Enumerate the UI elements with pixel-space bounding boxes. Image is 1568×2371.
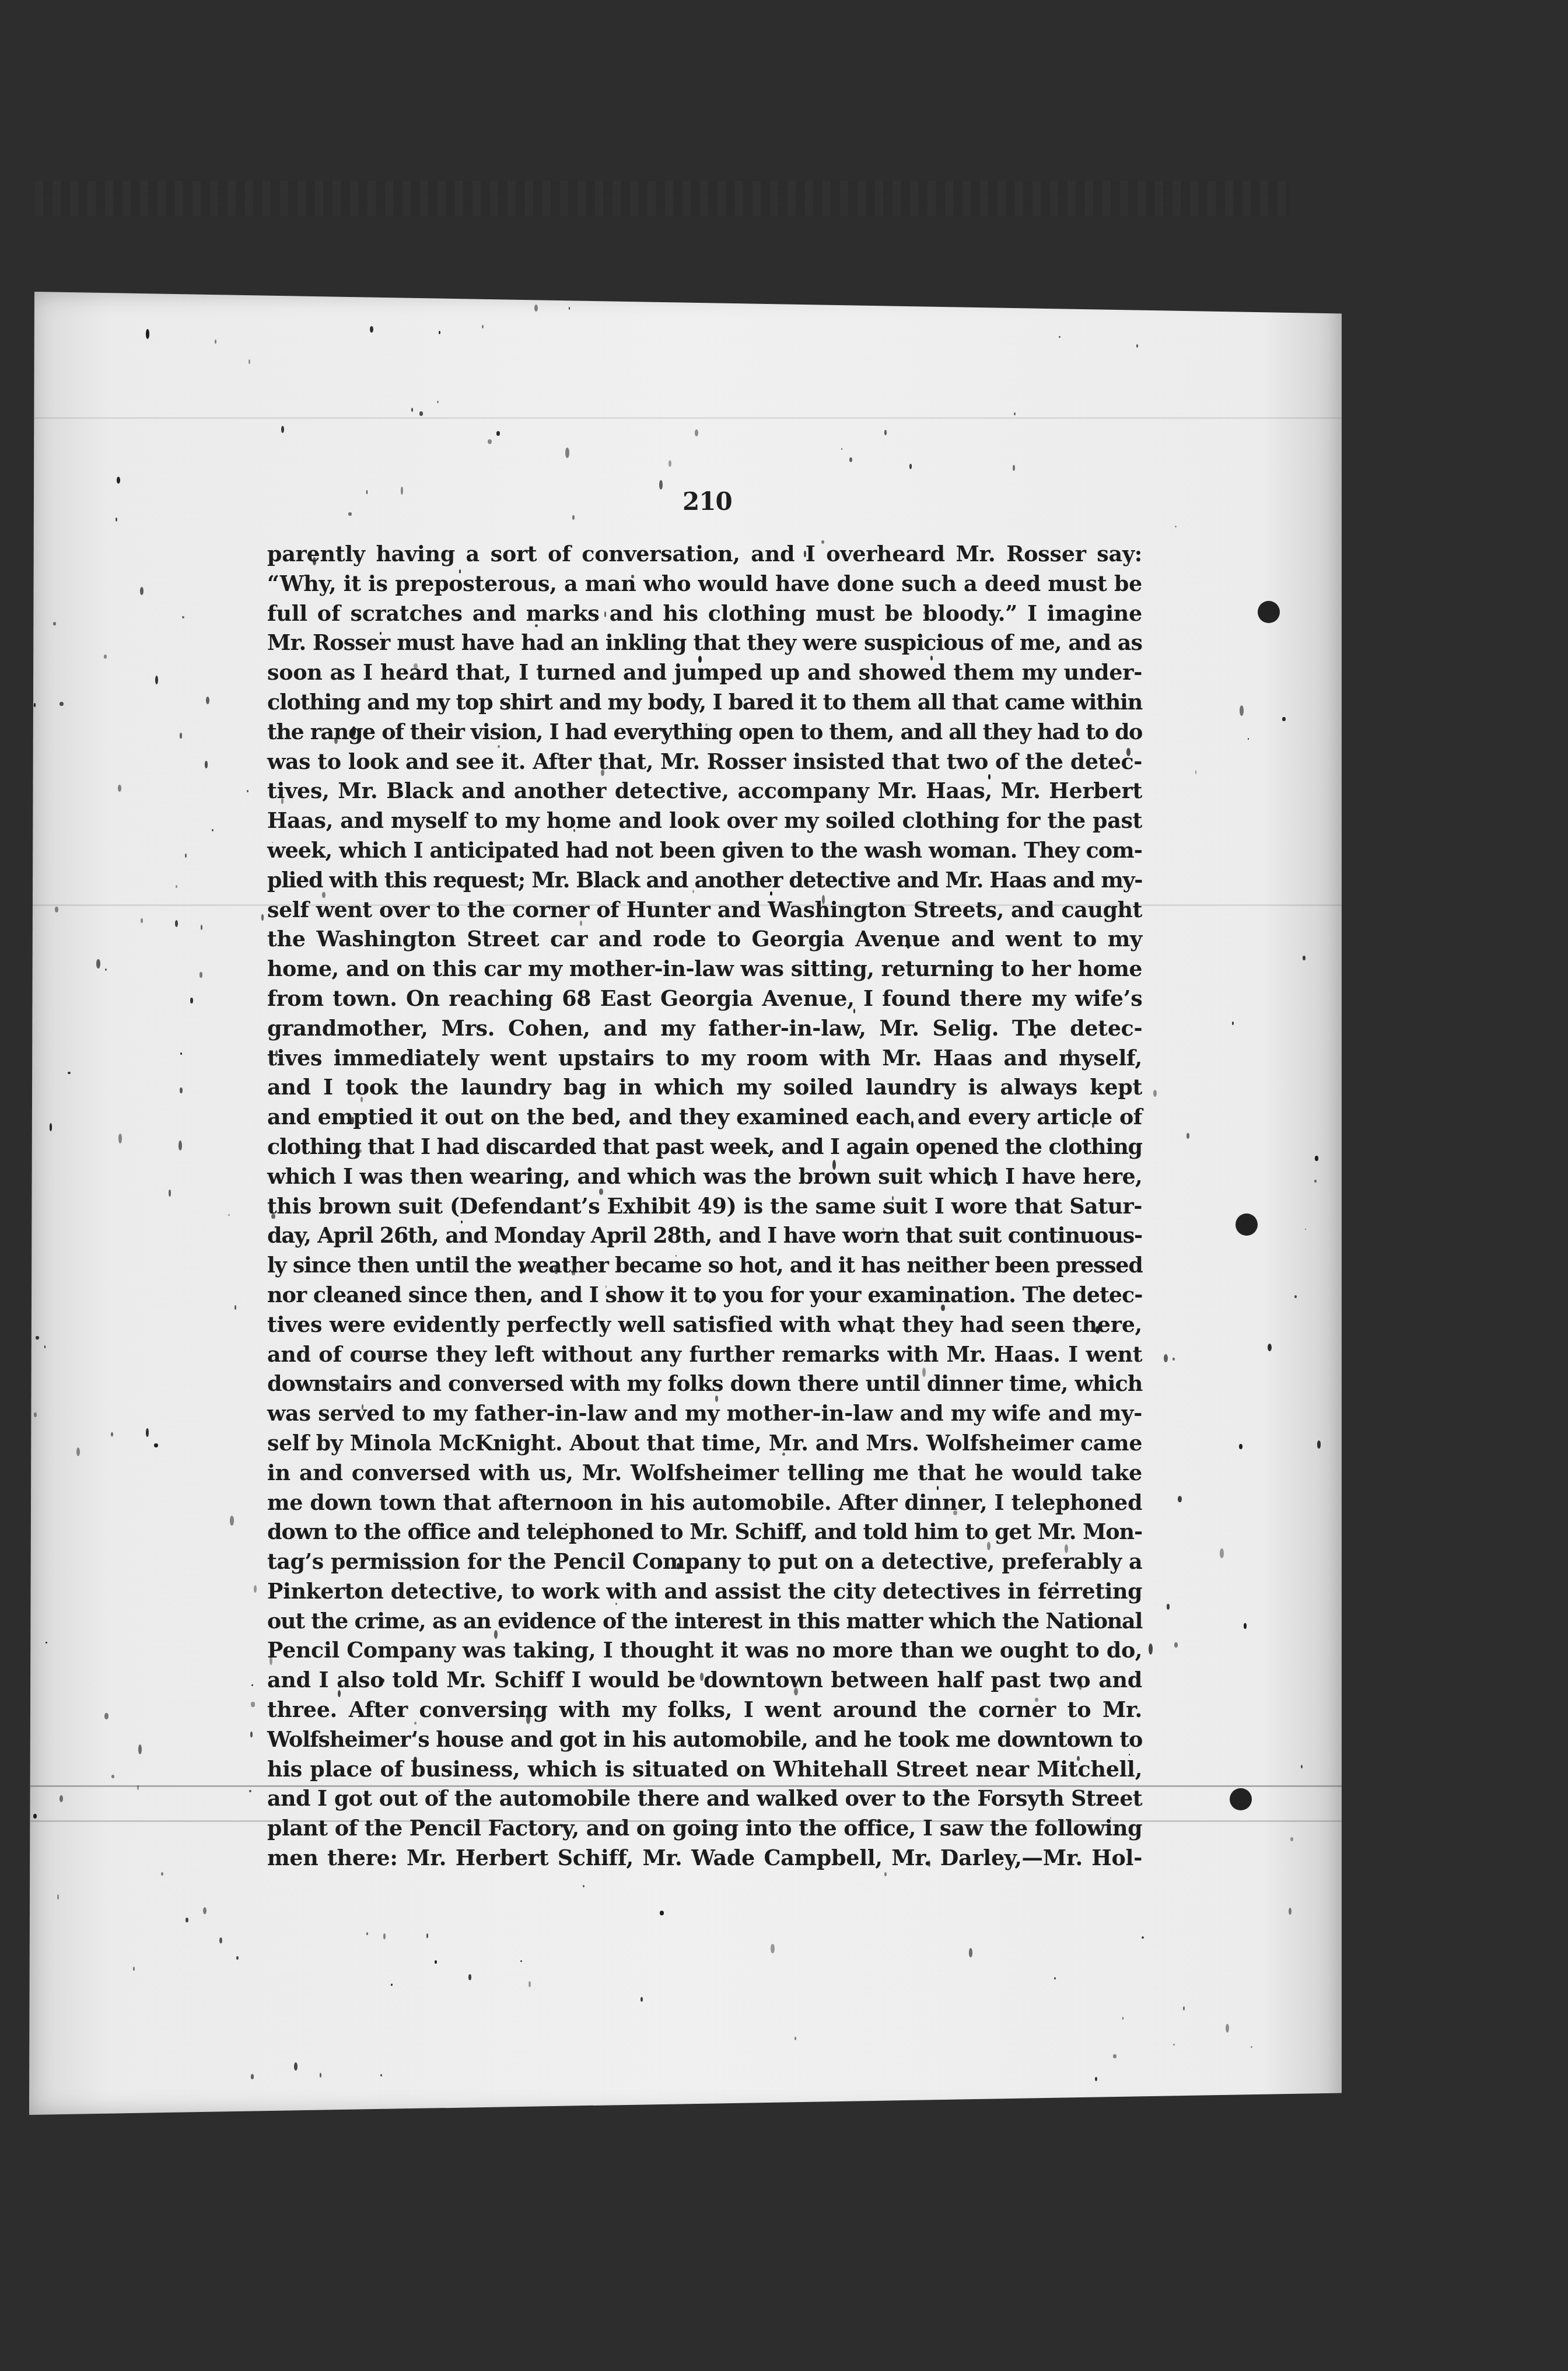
dust-speck [116, 517, 117, 521]
dust-speck [1164, 1354, 1168, 1362]
dust-speck [203, 1907, 206, 1914]
dust-speck [105, 968, 107, 971]
dust-speck [401, 487, 404, 495]
text-line: Mr. Rosser must have had an inkling that… [267, 628, 1142, 658]
dust-speck [1251, 2046, 1252, 2048]
dust-speck [572, 515, 575, 520]
dust-speck [53, 622, 56, 625]
dust-speck [348, 512, 352, 516]
dust-speck [849, 457, 852, 462]
text-line: his place of business, which is situated… [267, 1755, 1142, 1785]
dust-speck [482, 325, 484, 329]
text-line: grandmother, Mrs. Cohen, and my father-i… [267, 1014, 1142, 1044]
scan-artifact-line [29, 417, 1342, 419]
dust-speck [249, 1790, 251, 1792]
dust-speck [528, 1981, 531, 1987]
dust-speck [1294, 1295, 1297, 1298]
dust-speck [1215, 293, 1216, 295]
dust-speck [235, 1305, 236, 1309]
text-line: tives, Mr. Black and another detective, … [267, 777, 1142, 806]
dust-speck [141, 918, 143, 924]
text-line: Wolfsheimer’s house and got in his autom… [267, 1725, 1142, 1755]
dust-speck [36, 1336, 38, 1340]
dust-speck [137, 1785, 139, 1790]
dust-speck [884, 430, 886, 435]
dust-speck [104, 655, 107, 659]
dust-speck [1167, 1604, 1170, 1610]
text-line: the range of their vision, I had everyth… [267, 718, 1142, 747]
dust-speck [380, 2074, 382, 2076]
text-line: this brown suit (Defendant’s Exhibit 49)… [267, 1192, 1142, 1222]
dust-speck [668, 460, 671, 467]
dust-speck [439, 331, 440, 334]
dust-speck [161, 1872, 164, 1876]
dust-speck [1153, 1090, 1157, 1097]
text-line: in and conversed with us, Mr. Wolfsheime… [267, 1459, 1142, 1488]
dust-speck [1301, 1765, 1303, 1768]
text-line: was to look and see it. After that, Mr. … [267, 747, 1142, 777]
text-line: full of scratches and marks and his clot… [267, 599, 1142, 629]
dust-speck [1142, 1936, 1144, 1939]
dust-speck [219, 1938, 222, 1943]
text-line: parently having a sort of conversation, … [267, 540, 1142, 569]
dust-speck [1186, 1133, 1189, 1139]
dust-speck [1248, 738, 1249, 739]
dust-speck [190, 998, 193, 1003]
dust-speck [1122, 2017, 1123, 2020]
dust-speck [583, 1885, 584, 1888]
dust-speck [534, 305, 538, 312]
text-line: and of course they left without any furt… [267, 1340, 1142, 1370]
text-line: tag’s permission for the Pencil Company … [267, 1547, 1142, 1577]
dust-speck [1014, 412, 1016, 415]
dust-speck [1239, 1444, 1242, 1449]
dust-speck [281, 426, 283, 433]
text-line: down to the office and telephoned to Mr.… [267, 1517, 1142, 1547]
text-line: plied with this request; Mr. Black and a… [267, 866, 1142, 896]
dust-speck [1195, 770, 1197, 774]
dust-speck [212, 829, 213, 832]
dust-speck [33, 1814, 37, 1819]
dust-speck [1149, 1643, 1153, 1655]
dust-speck [1268, 1344, 1272, 1351]
dust-speck [1172, 1358, 1175, 1361]
dust-speck [1175, 526, 1177, 527]
text-line: and I also told Mr. Schiff I would be do… [267, 1666, 1142, 1695]
text-line: which I was then wearing, and which was … [267, 1162, 1142, 1192]
dust-speck [175, 920, 178, 927]
text-line: Pencil Company was taking, I thought it … [267, 1636, 1142, 1666]
dust-speck [180, 733, 182, 738]
dust-speck [640, 1997, 643, 2002]
text-line: self went over to the corner of Hunter a… [267, 896, 1142, 925]
dust-speck [138, 1744, 142, 1754]
dust-speck [50, 1123, 52, 1131]
dust-speck [695, 429, 698, 436]
dust-speck [383, 1933, 386, 1939]
dust-speck [154, 1443, 158, 1447]
text-line: “Why, it is preposterous, a man who woul… [267, 569, 1142, 599]
dust-speck [146, 1428, 149, 1437]
dust-speck [57, 1894, 60, 1900]
text-line: Haas, and myself to my home and look ove… [267, 806, 1142, 836]
dust-speck [185, 854, 187, 858]
dust-speck [111, 1775, 114, 1778]
dust-speck [34, 1412, 36, 1418]
text-line: tives immediately went upstairs to my ro… [267, 1044, 1142, 1073]
dust-speck [45, 1642, 47, 1643]
page-number: 210 [682, 487, 732, 516]
dust-speck [34, 703, 36, 707]
dust-speck [44, 1345, 45, 1348]
dust-speck [60, 702, 64, 706]
scratch-mark [898, 2299, 1312, 2300]
dust-speck [251, 2074, 254, 2079]
dust-speck [261, 914, 264, 921]
dust-speck [437, 401, 439, 403]
text-line: the Washington Street car and rode to Ge… [267, 925, 1142, 954]
dust-speck [1136, 344, 1138, 348]
dust-speck [366, 490, 368, 494]
body-text: parently having a sort of conversation, … [267, 540, 1142, 1873]
dust-speck [249, 359, 250, 364]
dust-speck [520, 1960, 521, 1962]
dust-speck [155, 676, 158, 684]
dust-speck [1095, 2077, 1097, 2082]
dust-speck [215, 340, 216, 344]
dust-speck [1113, 2054, 1117, 2058]
dust-speck [909, 464, 912, 469]
dust-speck [1232, 1022, 1233, 1025]
dust-speck [169, 1190, 171, 1197]
dust-speck [366, 1932, 368, 1935]
dust-speck [426, 1933, 428, 1938]
text-line: downstairs and conversed with my folks d… [267, 1369, 1142, 1399]
bleed-through-text-band [35, 181, 1289, 216]
text-line: clothing and my top shirt and my body, I… [267, 688, 1142, 718]
text-line: day, April 26th, and Monday April 28th, … [267, 1221, 1142, 1251]
dust-speck [659, 480, 663, 489]
dust-speck [250, 1732, 253, 1737]
dust-speck [1183, 2006, 1185, 2010]
punch-hole [1235, 1214, 1258, 1236]
dust-speck [1314, 1180, 1317, 1183]
dust-speck [1013, 465, 1014, 471]
dust-speck [230, 1516, 234, 1525]
dust-speck [199, 972, 202, 978]
dust-speck [1173, 2044, 1174, 2045]
dust-speck [794, 2037, 796, 2041]
dust-speck [140, 587, 143, 595]
dust-speck [118, 785, 121, 792]
dust-speck [565, 447, 569, 458]
text-line: self by Minola McKnight. About that time… [267, 1429, 1142, 1459]
dust-speck [251, 1684, 253, 1686]
dust-speck [180, 1052, 182, 1055]
text-line: home, and on this car my mother-in-law w… [267, 954, 1142, 984]
dust-speck [569, 307, 570, 310]
dust-speck [1226, 2024, 1229, 2033]
text-line: men there: Mr. Herbert Schiff, Mr. Wade … [267, 1844, 1142, 1873]
text-line: and I got out of the automobile there an… [267, 1784, 1142, 1814]
text-line: me down town that afternoon in his autom… [267, 1488, 1142, 1518]
dust-speck [111, 1432, 113, 1437]
dust-speck [185, 1918, 188, 1923]
text-line: soon as I heard that, I turned and jumpe… [267, 658, 1142, 688]
dust-speck [969, 1948, 972, 1957]
dust-speck [370, 326, 373, 332]
text-line: was served to my father-in-law and my mo… [267, 1399, 1142, 1429]
dust-speck [1220, 1548, 1224, 1558]
dust-speck [1059, 336, 1060, 338]
dust-speck [176, 885, 177, 888]
dust-speck [55, 907, 58, 912]
dust-speck [320, 2073, 321, 2077]
dust-speck [182, 616, 184, 618]
dust-speck [468, 1974, 471, 1981]
dust-speck [1178, 1496, 1182, 1502]
dust-speck [133, 1967, 135, 1970]
dust-speck [178, 1141, 182, 1151]
dust-speck [118, 1134, 123, 1143]
dust-speck [254, 1585, 257, 1593]
text-line: ly since then until the weather became s… [267, 1251, 1142, 1281]
dust-speck [1289, 1908, 1291, 1915]
text-line: Pinkerton detective, to work with and as… [267, 1577, 1142, 1607]
punch-hole [1230, 1788, 1252, 1810]
dust-speck [180, 1087, 183, 1093]
text-line: from town. On reaching 68 East Georgia A… [267, 984, 1142, 1014]
dust-speck [435, 1960, 437, 1964]
dust-speck [205, 761, 208, 768]
dust-speck [1282, 717, 1285, 721]
dust-speck [247, 790, 249, 792]
dust-speck [1305, 1229, 1306, 1230]
dust-speck [68, 1072, 70, 1074]
dust-speck [771, 1944, 774, 1953]
dust-speck [1315, 1156, 1318, 1161]
dust-speck [496, 431, 499, 436]
dust-speck [841, 448, 843, 450]
dust-speck [411, 408, 414, 412]
dust-speck [294, 2062, 297, 2071]
dust-speck [76, 1447, 80, 1456]
dust-speck [660, 1911, 664, 1915]
dust-speck [96, 959, 100, 968]
dust-speck [1303, 956, 1305, 960]
text-line: three. After conversing with my folks, I… [267, 1695, 1142, 1725]
dust-speck [1317, 1440, 1321, 1449]
dust-speck [1174, 1642, 1177, 1648]
dust-speck [60, 1795, 63, 1802]
dust-speck [117, 477, 120, 484]
dust-speck [1290, 1837, 1293, 1841]
text-line: week, which I anticipated had not been g… [267, 836, 1142, 866]
dust-speck [251, 1702, 254, 1706]
dust-speck [228, 1214, 229, 1216]
text-line: clothing that I had discarded that past … [267, 1132, 1142, 1162]
dust-speck [236, 1956, 239, 1960]
text-line: nor cleaned since then, and I show it to… [267, 1281, 1142, 1310]
text-line: out the crime, as an evidence of the int… [267, 1607, 1142, 1636]
dust-speck [1240, 705, 1244, 716]
text-line: plant of the Pencil Factory, and on goin… [267, 1814, 1142, 1844]
dust-speck [1054, 1977, 1056, 1980]
text-line: tives were evidently perfectly well sati… [267, 1310, 1142, 1340]
text-line: and I took the laundry bag in which my s… [267, 1073, 1142, 1103]
text-line: and emptied it out on the bed, and they … [267, 1103, 1142, 1132]
dust-speck [391, 1984, 393, 1986]
dust-speck [146, 329, 149, 338]
dust-speck [201, 925, 202, 929]
dust-speck [206, 697, 209, 704]
punch-hole [1258, 601, 1280, 623]
dust-speck [1244, 1623, 1247, 1629]
dust-speck [104, 1713, 108, 1719]
dust-speck [488, 439, 492, 444]
dust-speck [419, 411, 423, 415]
